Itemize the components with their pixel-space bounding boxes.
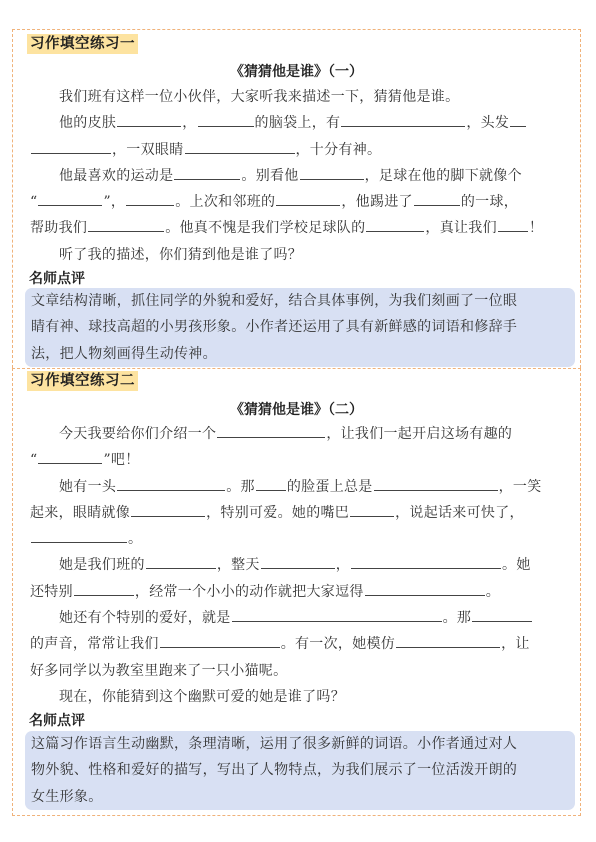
fill-in-blank[interactable] [31,139,111,154]
text-segment: 她是我们班的 [59,557,145,573]
text-line: 的声音，常常让我们。有一次，她模仿，让 [30,631,570,657]
text-segment: 他的皮肤 [59,115,116,131]
text-line: 现在，你能猜到这个幽默可爱的她是谁了吗？ [30,684,570,710]
fill-in-blank[interactable] [300,165,364,180]
fill-in-blank[interactable] [498,217,528,232]
text-segment: 。 [128,531,142,547]
text-segment: 的一球， [461,194,518,210]
text-segment: ，头发 [466,115,509,131]
exercise-1-section: 习作填空练习一 《猜猜他是谁》（一） 我们班有这样一位小伙伴，大家听我来描述一下… [12,29,581,368]
text-line: 听了我的描述，你们猜到他是谁了吗？ [30,242,570,268]
fill-in-blank[interactable] [38,191,102,206]
fill-in-blank[interactable] [351,554,501,569]
text-line: 我们班有这样一位小伙伴，大家听我来描述一下，猜猜他是谁。 [30,84,570,110]
text-segment: ， [182,115,196,131]
text-segment: ”吧！ [103,452,139,468]
fill-in-blank[interactable] [174,165,240,180]
text-segment: “ [30,194,37,210]
text-segment: 今天我要给你们介绍一个 [59,426,216,442]
text-line: ，一双眼睛，十分有神。 [30,137,570,163]
text-segment: 还特别 [30,584,73,600]
exercise-2-review-label: 名师点评 [29,710,85,730]
text-line: 她是我们班的，整天，。她 [30,552,570,578]
fill-in-blank[interactable] [198,112,254,127]
fill-in-blank[interactable] [217,423,325,438]
text-segment: 的脑袋上，有 [255,115,341,131]
text-segment: 。上次和邻班的 [175,194,275,210]
text-segment: 她还有个特别的爱好，就是 [59,610,231,626]
text-segment: ， [336,557,350,573]
exercise-2-body: 今天我要给你们介绍一个，让我们一起开启这场有趣的“”吧！她有一头。那的脸蛋上总是… [30,421,570,710]
fill-in-blank[interactable] [374,476,498,491]
text-line: 好多同学以为教室里跑来了一只小猫呢。 [30,658,570,684]
text-line: “”吧！ [30,447,570,473]
text-segment: 好多同学以为教室里跑来了一只小猫呢。 [30,663,287,679]
text-segment: ，一笑 [499,479,542,495]
fill-in-blank[interactable] [160,633,280,648]
text-segment: 。别看他 [241,168,298,184]
text-line: “”，。上次和邻班的，他踢进了的一球， [30,189,570,215]
review-line: 文章结构清晰，抓住同学的外貌和爱好，结合具体事例，为我们刻画了一位眼 [31,288,569,314]
text-line: 她还有个特别的爱好，就是。那 [30,605,570,631]
text-segment: 的脸蛋上总是 [287,479,373,495]
text-line: 。 [30,526,570,552]
text-line: 今天我要给你们介绍一个，让我们一起开启这场有趣的 [30,421,570,447]
text-segment: ”， [103,194,125,210]
text-segment: 。她 [502,557,531,573]
fill-in-blank[interactable] [276,191,340,206]
exercise-1-tag: 习作填空练习一 [27,34,138,54]
text-segment: “ [30,452,37,468]
text-line: 他的皮肤，的脑袋上，有，头发 [30,110,570,136]
fill-in-blank[interactable] [74,581,134,596]
text-segment: ，整天 [217,557,260,573]
fill-in-blank[interactable] [38,449,102,464]
fill-in-blank[interactable] [341,112,465,127]
fill-in-blank[interactable] [261,554,335,569]
fill-in-blank[interactable] [350,502,394,517]
fill-in-blank[interactable] [414,191,460,206]
exercise-1-review-box: 文章结构清晰，抓住同学的外貌和爱好，结合具体事例，为我们刻画了一位眼 睛有神、球… [25,288,575,367]
review-line: 法，把人物刻画得生动传神。 [31,341,569,367]
text-segment: 。他真不愧是我们学校足球队的 [165,220,365,236]
text-segment: 起来，眼睛就像 [30,505,130,521]
text-segment: ，经常一个小小的动作就把大家逗得 [135,584,364,600]
text-segment: 。有一次，她模仿 [281,636,395,652]
text-line: 她有一头。那的脸蛋上总是，一笑 [30,474,570,500]
text-line: 帮助我们。他真不愧是我们学校足球队的，真让我们！ [30,215,570,241]
text-segment: 。 [486,584,500,600]
exercise-1-title: 《猜猜他是谁》（一） [13,61,580,81]
fill-in-blank[interactable] [185,139,295,154]
review-line: 这篇习作语言生动幽默，条理清晰，运用了很多新鲜的词语。小作者通过对人 [31,731,569,757]
fill-in-blank[interactable] [117,112,181,127]
fill-in-blank[interactable] [396,633,500,648]
exercise-2-title: 《猜猜他是谁》（二） [13,399,580,419]
fill-in-blank[interactable] [472,607,532,622]
fill-in-blank[interactable] [232,607,442,622]
review-line: 女生形象。 [31,784,569,810]
fill-in-blank[interactable] [131,502,205,517]
text-segment: 帮助我们 [30,220,87,236]
text-segment: 他最喜欢的运动是 [59,168,173,184]
text-segment: 。那 [226,479,255,495]
exercise-2-section: 习作填空练习二 《猜猜他是谁》（二） 今天我要给你们介绍一个，让我们一起开启这场… [12,368,581,816]
text-segment: ，真让我们 [425,220,497,236]
fill-in-blank[interactable] [146,554,216,569]
text-segment: ，说起话来可快了， [395,505,524,521]
review-line: 物外貌、性格和爱好的描写，写出了人物特点，为我们展示了一位活泼开朗的 [31,757,569,783]
text-segment: 现在，你能猜到这个幽默可爱的她是谁了吗？ [59,689,345,705]
text-segment: ，特别可爱。她的嘴巴 [206,505,349,521]
text-segment: 。那 [443,610,472,626]
text-line: 起来，眼睛就像，特别可爱。她的嘴巴，说起话来可快了， [30,500,570,526]
text-segment: 听了我的描述，你们猜到他是谁了吗？ [59,247,302,263]
text-segment: 我们班有这样一位小伙伴，大家听我来描述一下，猜猜他是谁。 [59,89,459,105]
text-segment: ，让 [501,636,530,652]
text-segment: 她有一头 [59,479,116,495]
text-segment: ，一双眼睛 [112,142,184,158]
fill-in-blank[interactable] [31,528,127,543]
fill-in-blank[interactable] [366,217,424,232]
fill-in-blank[interactable] [365,581,485,596]
exercise-1-review-label: 名师点评 [29,268,85,288]
exercise-2-review-box: 这篇习作语言生动幽默，条理清晰，运用了很多新鲜的词语。小作者通过对人 物外貌、性… [25,731,575,810]
exercise-2-tag: 习作填空练习二 [27,371,138,391]
text-segment: ！ [529,220,543,236]
text-segment: ，足球在他的脚下就像个 [365,168,522,184]
text-line: 他最喜欢的运动是。别看他，足球在他的脚下就像个 [30,163,570,189]
fill-in-blank[interactable] [88,217,164,232]
fill-in-blank[interactable] [117,476,225,491]
review-line: 睛有神、球技高超的小男孩形象。小作者还运用了具有新鲜感的词语和修辞手 [31,314,569,340]
text-segment: ，十分有神。 [296,142,382,158]
fill-in-blank[interactable] [256,476,286,491]
text-segment: ，他踢进了 [341,194,413,210]
text-segment: ，让我们一起开启这场有趣的 [326,426,512,442]
fill-in-blank[interactable] [510,112,526,127]
text-segment: 的声音，常常让我们 [30,636,159,652]
fill-in-blank[interactable] [126,191,174,206]
text-line: 还特别，经常一个小小的动作就把大家逗得。 [30,579,570,605]
exercise-1-body: 我们班有这样一位小伙伴，大家听我来描述一下，猜猜他是谁。他的皮肤，的脑袋上，有，… [30,84,570,268]
